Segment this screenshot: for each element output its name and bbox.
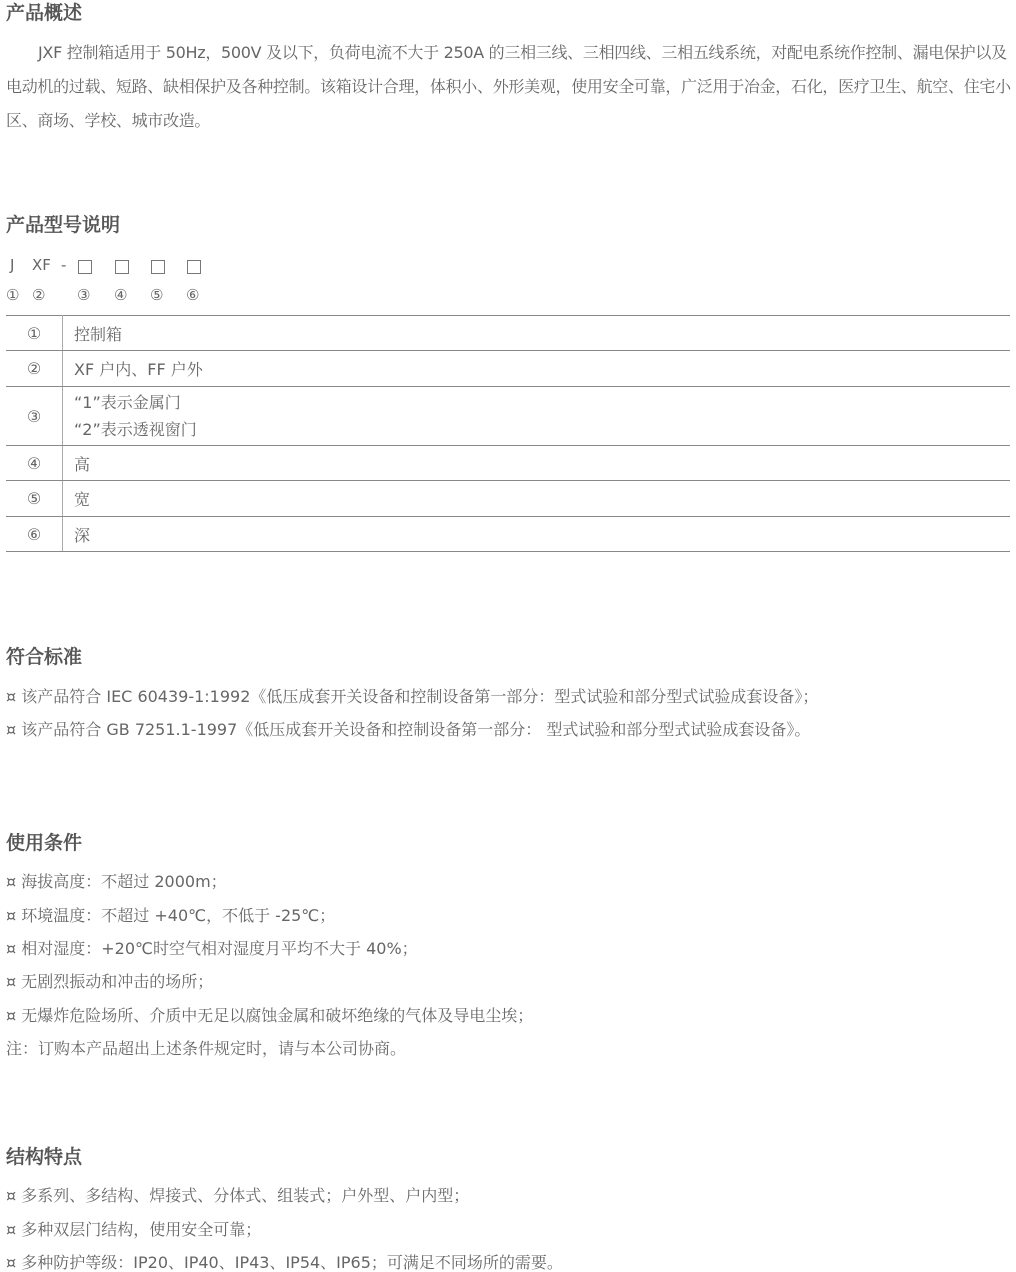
row-number: ④ xyxy=(6,446,63,481)
code-box-5 xyxy=(151,256,165,278)
condition-item: ¤ 无剧烈振动和冲击的场所； xyxy=(6,971,213,993)
row-description: 高 xyxy=(63,446,1011,481)
section-title-standards: 符合标准 xyxy=(6,644,82,670)
feature-item: ¤ 多系列、多结构、焊接式、分体式、组装式；户外型、户内型； xyxy=(6,1185,469,1207)
code-box-6 xyxy=(187,256,201,278)
section-title-conditions: 使用条件 xyxy=(6,830,82,856)
code-box-4 xyxy=(115,256,129,278)
condition-note: 注：订购本产品超出上述条件规定时，请与本公司协商。 xyxy=(6,1038,406,1060)
marker-3: ③ xyxy=(77,286,90,304)
model-spec-table: ① 控制箱 ② XF 户内、FF 户外 ③ “1”表示金属门 “2”表示透视窗门… xyxy=(6,315,1010,552)
feature-item: ¤ 多种防护等级：IP20、IP40、IP43、IP54、IP65；可满足不同场… xyxy=(6,1252,563,1272)
table-row: ④ 高 xyxy=(6,446,1010,481)
table-row: ⑥ 深 xyxy=(6,517,1010,552)
marker-4: ④ xyxy=(114,286,127,304)
marker-1: ① xyxy=(6,286,19,304)
standard-item: ¤ 该产品符合 GB 7251.1-1997《低压成套开关设备和控制设备第一部分… xyxy=(6,719,810,741)
row-description: 宽 xyxy=(63,481,1011,517)
row-line: “2”表示透视窗门 xyxy=(74,416,1010,443)
condition-item: ¤ 无爆炸危险场所、介质中无足以腐蚀金属和破坏绝缘的气体及导电尘埃； xyxy=(6,1005,533,1027)
code-part-j: J xyxy=(10,256,14,274)
code-box-3 xyxy=(78,256,92,278)
condition-item: ¤ 相对湿度：+20℃时空气相对湿度月平均不大于 40%； xyxy=(6,938,418,960)
table-row: ① 控制箱 xyxy=(6,316,1010,351)
table-row: ⑤ 宽 xyxy=(6,481,1010,517)
standard-item: ¤ 该产品符合 IEC 60439-1:1992《低压成套开关设备和控制设备第一… xyxy=(6,686,818,708)
row-description: 控制箱 xyxy=(63,316,1011,351)
row-number: ⑥ xyxy=(6,517,63,552)
table-row: ③ “1”表示金属门 “2”表示透视窗门 xyxy=(6,387,1010,446)
row-description: XF 户内、FF 户外 xyxy=(63,351,1011,387)
row-number: ③ xyxy=(6,387,63,446)
row-number: ① xyxy=(6,316,63,351)
overview-paragraph: JXF 控制箱适用于 50Hz，500V 及以下，负荷电流不大于 250A 的三… xyxy=(6,36,1012,138)
table-row: ② XF 户内、FF 户外 xyxy=(6,351,1010,387)
marker-6: ⑥ xyxy=(186,286,199,304)
code-part-dash: - xyxy=(61,256,66,274)
marker-5: ⑤ xyxy=(150,286,163,304)
row-description: 深 xyxy=(63,517,1011,552)
section-title-model: 产品型号说明 xyxy=(6,212,120,238)
feature-item: ¤ 多种双层门结构，使用安全可靠； xyxy=(6,1219,261,1241)
row-line: “1”表示金属门 xyxy=(74,389,1010,416)
row-description: “1”表示金属门 “2”表示透视窗门 xyxy=(63,387,1011,446)
marker-2: ② xyxy=(32,286,45,304)
row-number: ② xyxy=(6,351,63,387)
condition-item: ¤ 海拔高度：不超过 2000m； xyxy=(6,871,227,893)
section-title-features: 结构特点 xyxy=(6,1144,82,1170)
code-part-xf: XF xyxy=(32,256,51,274)
row-number: ⑤ xyxy=(6,481,63,517)
condition-item: ¤ 环境温度：不超过 +40℃，不低于 -25℃； xyxy=(6,905,335,927)
section-title-overview: 产品概述 xyxy=(6,0,82,26)
